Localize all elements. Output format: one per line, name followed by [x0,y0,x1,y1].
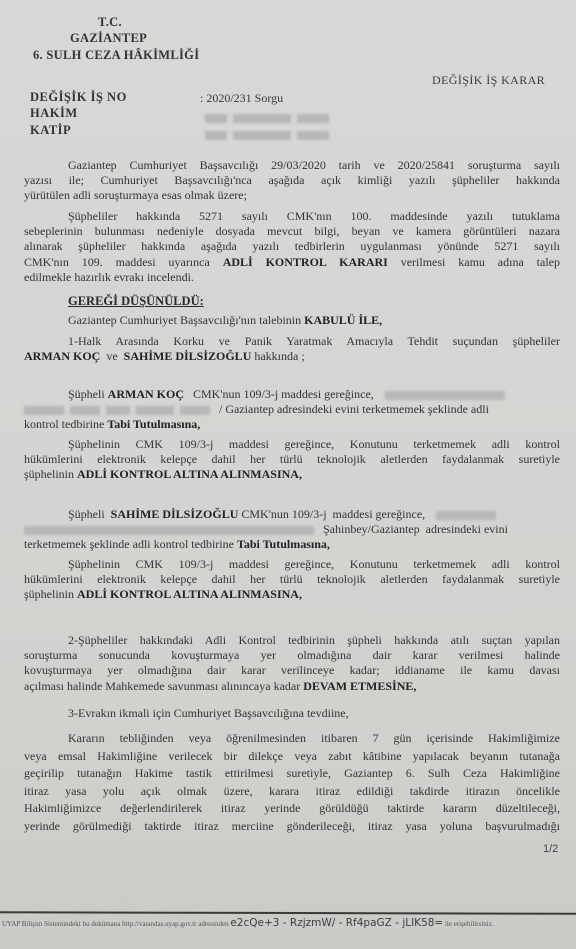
text-line: terketmemek şeklinde adli kontrol tedbir… [24,537,237,551]
case-no-label: DEĞİŞİK İŞ NO [30,90,127,105]
paragraph-charge: 1-Halk Arasında Korku ve Panik Yaratmak … [24,334,560,364]
header-tc: T.C. [98,15,122,30]
bold-adli-kontrol-altina: ADLİ KONTROL ALTINA ALINMASINA, [77,587,302,601]
paragraph-duration: 2-Şüpheliler hakkındaki Adli Kontrol ted… [24,633,560,694]
text-line: yürütülen adli soruşturmaya esas olmak ü… [24,188,247,202]
text-line: Hakimliğimizce değerlendirilerek itiraz … [24,801,560,815]
text-line: 3-Evrakın ikmali için Cumhuriyet Başsavc… [68,706,349,720]
document-type: DEĞİŞİK İŞ KARAR [432,73,545,88]
paragraph-acceptance: Gaziantep Cumhuriyet Başsavcılığı'nın ta… [24,313,560,328]
text-line: Gaziantep Cumhuriyet Başsavcılığı 29/03/… [68,158,560,172]
suspect-name-1: ARMAN KOÇ [24,349,100,363]
bold-kabulu-ile: KABULÜ İLE, [304,313,382,327]
text-line: hakkında ; [251,349,304,363]
bold-adli-kontrol-karari: ADLİ KONTROL KARARI [223,255,388,269]
text-line: şüphelinin [24,467,77,481]
address-redacted [436,511,496,520]
text-line: Şüpheli [68,507,111,521]
judge-value-redacted [205,109,335,127]
bold-tabi-tutulmasina: Tabi Tutulmasına, [107,417,200,431]
text-line: 1-Halk Arasında Korku ve Panik Yaratmak … [68,334,560,348]
suspect-2-measure: Şüphelinin CMK 109/3-j maddesi gereğince… [24,557,560,603]
clerk-label: KATİP [30,123,71,138]
text-line: 2-Şüpheliler hakkındaki Adli Kontrol ted… [68,633,560,647]
bold-devam-etmesine: DEVAM ETMESİNE, [303,679,416,693]
text-line: CMK'nun 109/3-j maddesi gereğince, [184,387,374,401]
bold-adli-kontrol-altina: ADLİ KONTROL ALTINA ALINMASINA, [77,467,302,481]
page-number: 1/2 [543,843,558,855]
text-line: ve [100,349,123,363]
text-line: açılması halinde Mahkemede savunması alı… [24,679,303,693]
paragraph-grounds: Şüpheliler hakkında 5271 sayılı CMK'nın … [24,209,560,285]
verification-code: e2cQe+3 - RzjzmW/ - Rf4paGZ - jLIK58= [230,917,443,929]
paragraph-intro: Gaziantep Cumhuriyet Başsavcılığı 29/03/… [24,158,560,204]
text-line: yazısı ile; Cumhuriyet Başsavcılığı'nca … [24,173,560,187]
decision-heading-text: GEREĞİ DÜŞÜNÜLDÜ: [68,294,204,308]
text-line: CMK'nun 109/3-j maddesi gereğince, [238,507,425,521]
suspect-name-2: SAHİME DİLSİZOĞLU [124,349,252,363]
suspect-2-name: SAHİME DİLSİZOĞLU [111,507,239,521]
clerk-value-redacted [205,126,335,144]
suspect-1-name: ARMAN KOÇ [108,387,184,401]
footer-divider [0,911,576,915]
text-line: kontrol tedbirine [24,417,107,431]
text-line: itiraz yasa yolu açık olmak üzere, karar… [24,784,560,798]
header-city: GAZİANTEP [70,31,147,46]
text-line: Şüphelinin CMK 109/3-j maddesi gereğince… [68,437,560,451]
bold-tabi-tutulmasina: Tabi Tutulmasına, [237,537,330,551]
text-line: hükümlerini elektronik kelepçe dahil her… [24,452,560,466]
judge-label: HAKİM [30,106,78,121]
text-line: kovuşturmaya yer olmadığına dair karar v… [24,663,560,677]
footer-prefix: UYAP Bilişim Sistemindeki bu dokümana ht… [2,920,230,928]
text-line: şüphelinin [24,587,77,601]
text-line: Gaziantep Cumhuriyet Başsavcılığı'nın ta… [68,313,304,327]
text-line: yerinde görülmediği taktirde itiraz merc… [24,819,560,833]
text-line: verilmesi kamu adına talep [388,255,560,269]
header-court: 6. SULH CEZA HÂKİMLİĞİ [33,48,199,63]
text-line: veya emsal Hakimliğine verilecek bir dil… [24,749,560,763]
paragraph-appeal: Kararın tebliğinden veya öğrenilmesinden… [24,730,560,835]
suspect-2-block: Şüpheli SAHİME DİLSİZOĞLU CMK'nun 109/3-… [24,507,560,553]
address-redacted [24,406,64,415]
suspect-1-block: Şüpheli ARMAN KOÇ CMK'nun 109/3-j maddes… [24,387,560,433]
text-line: Şüpheli [68,387,108,401]
footer-verification: UYAP Bilişim Sistemindeki bu dokümana ht… [2,917,494,929]
text-line: soruşturma sonucunda kovuşturmaya yer ol… [24,648,560,662]
paragraph-referral: 3-Evrakın ikmali için Cumhuriyet Başsavc… [24,706,560,721]
case-no-value: : 2020/231 Sorgu [200,91,283,106]
text-line: CMK'nın 109. maddesi uyarınca [24,255,223,269]
suspect-1-measure: Şüphelinin CMK 109/3-j maddesi gereğince… [24,437,560,483]
text-line: hükümlerini elektronik kelepçe dahil her… [24,572,560,586]
text-line: edilmekle hazırlık evrakı incelendi. [24,270,194,284]
text-line: / Gaziantep adresindeki evini terketmeme… [219,402,489,416]
text-line: sebeplerinin bulunması nedeniyle dosyada… [24,224,560,238]
text-line: Kararın tebliğinden veya öğrenilmesinden… [68,731,560,745]
footer-suffix: ile erişebilirsiniz. [443,920,493,928]
court-decision-document: T.C. GAZİANTEP 6. SULH CEZA HÂKİMLİĞİ DE… [0,0,576,949]
text-line: Şüphelinin CMK 109/3-j maddesi gereğince… [68,557,560,571]
text-line: geçirilip tutanağın Hakime tastik ettiri… [24,766,560,780]
text-line: Şüpheliler hakkında 5271 sayılı CMK'nın … [68,209,560,223]
address-redacted [24,526,314,535]
text-line: alınarak şüpheliler hakkında aşağıda yaz… [24,239,560,253]
text-line: Şahinbey/Gaziantep adresindeki evini [323,522,508,536]
decision-heading: GEREĞİ DÜŞÜNÜLDÜ: [68,294,204,309]
address-redacted [385,391,505,400]
